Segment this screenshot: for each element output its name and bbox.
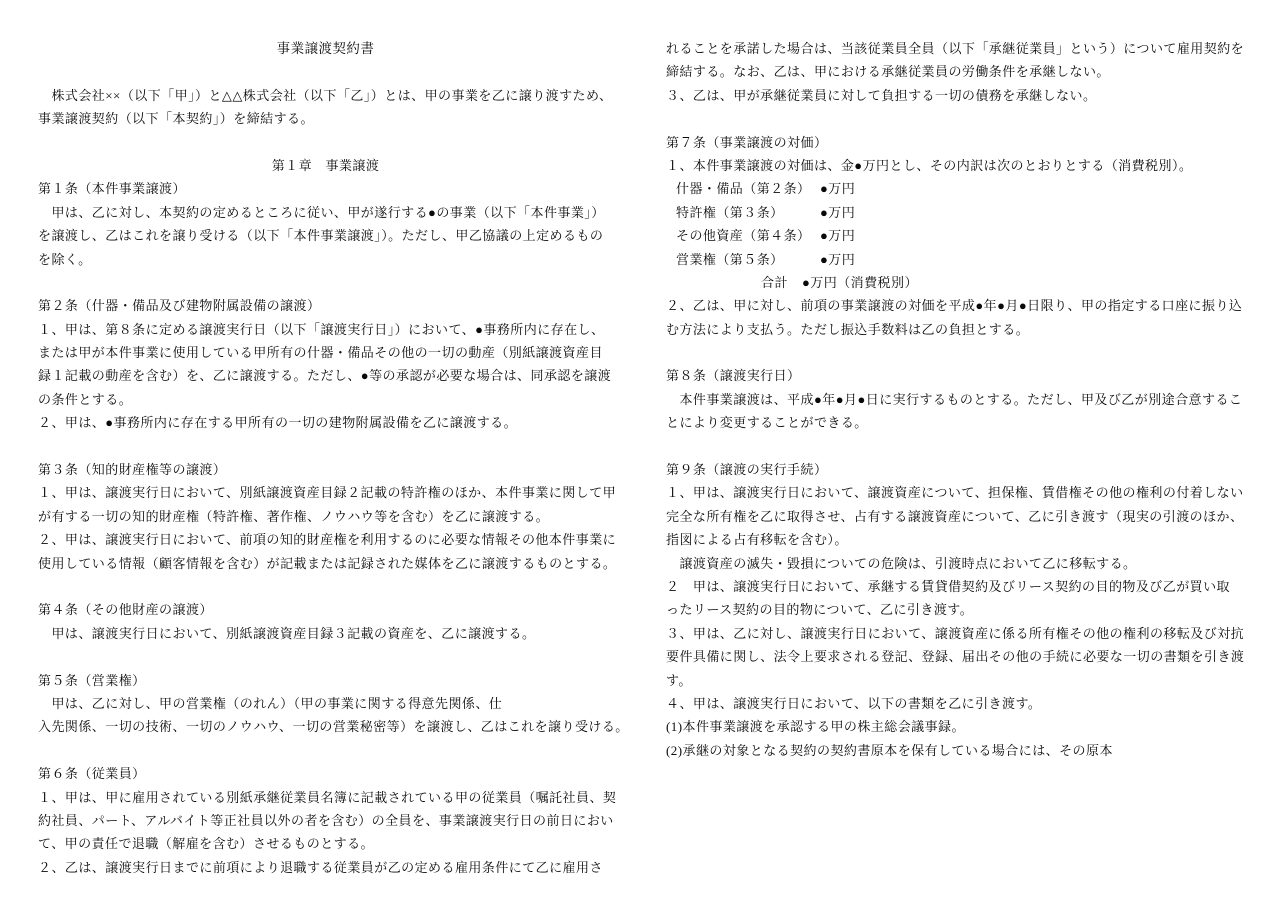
paragraph-line: 譲渡資産の滅失・毀損についての危険は、引渡時点において乙に移転する。 [666,552,1254,575]
blank-line [38,271,613,294]
paragraph-line: れることを承諾した場合は、当該従業員全員（以下「承継従業員」という）について雇用… [666,37,1254,60]
document-title: 事業譲渡契約書 [38,37,613,60]
paragraph-line: ２、甲は、●事務所内に存在する甲所有の一切の建物附属設備を乙に譲渡する。 [38,411,613,434]
paragraph-line: １、甲は、第８条に定める譲渡実行日（以下「譲渡実行日」）において、●事務所内に存… [38,318,613,341]
article-heading: 第１条（本件事業譲渡） [38,177,613,200]
blank-line [38,60,613,83]
blank-line [666,341,1254,364]
blank-line [38,435,613,458]
paragraph-line: 甲は、乙に対し、甲の営業権（のれん）（甲の事業に関する得意先関係、仕 [38,692,613,715]
price-item-value: ●万円 [820,181,855,196]
article-heading: 第９条（譲渡の実行手続） [666,458,1254,481]
paragraph-line: １、甲は、譲渡実行日において、別紙譲渡資産目録２記載の特許権のほか、本件事業に関… [38,481,613,504]
paragraph-line: １、甲は、譲渡実行日において、譲渡資産について、担保権、賃借権その他の権利の付着… [666,481,1254,504]
paragraph-line: １、本件事業譲渡の対価は、金●万円とし、その内訳は次のとおりとする（消費税別）。 [666,154,1254,177]
paragraph-line: ２、乙は、譲渡実行日までに前項により退職する従業員が乙の定める雇用条件にて乙に雇… [38,856,613,879]
article-heading: 第５条（営業権） [38,669,613,692]
price-item-label: その他資産（第４条） [676,224,820,247]
paragraph-line: または甲が本件事業に使用している甲所有の什器・備品その他の一切の動産（別紙譲渡資… [38,341,613,364]
paragraph-line: 要件具備に関し、法令上要求される登記、登録、届出その他の手続に必要な一切の書類を… [666,645,1254,668]
price-item-row: その他資産（第４条）●万円 [666,224,1254,247]
price-item-label: 什器・備品（第２条） [676,177,820,200]
paragraph-line: て、甲の責任で退職（解雇を含む）させるものとする。 [38,832,613,855]
chapter-heading: 第１章 事業譲渡 [38,154,613,177]
paragraph-line: 録１記載の動産を含む）を、乙に譲渡する。ただし、●等の承認が必要な場合は、同承認… [38,364,613,387]
paragraph-line: 甲は、譲渡実行日において、別紙譲渡資産目録３記載の資産を、乙に譲渡する。 [38,622,613,645]
paragraph-line: 入先関係、一切の技術、一切のノウハウ、一切の営業秘密等）を譲渡し、乙はこれを譲り… [38,715,613,738]
paragraph-line: ３、甲は、乙に対し、譲渡実行日において、譲渡資産に係る所有権その他の権利の移転及… [666,622,1254,645]
price-item-value: ●万円 [820,205,855,220]
article-heading: 第２条（什器・備品及び建物附属設備の譲渡） [38,294,613,317]
paragraph-line: ４、甲は、譲渡実行日において、以下の書類を乙に引き渡す。 [666,692,1254,715]
paragraph-line: ２、乙は、甲に対し、前項の事業譲渡の対価を平成●年●月●日限り、甲の指定する口座… [666,294,1254,317]
paragraph-line: 本件事業譲渡は、平成●年●月●日に実行するものとする。ただし、甲及び乙が別途合意… [666,388,1254,411]
paragraph-line: が有する一切の知的財産権（特許権、著作権、ノウハウ等を含む）を乙に譲渡する。 [38,505,613,528]
article-heading: 第６条（従業員） [38,762,613,785]
contract-document-page: 事業譲渡契約書 株式会社××（以下「甲」）と△△株式会社（以下「乙」）とは、甲の… [0,0,1280,905]
price-item-row: 什器・備品（第２条）●万円 [666,177,1254,200]
left-column: 事業譲渡契約書 株式会社××（以下「甲」）と△△株式会社（以下「乙」）とは、甲の… [38,37,613,879]
price-total-value: ●万円（消費税別） [802,275,918,290]
article-heading: 第７条（事業譲渡の対価） [666,131,1254,154]
paragraph-line: を譲渡し、乙はこれを譲り受ける（以下「本件事業譲渡」）。ただし、甲乙協議の上定め… [38,224,613,247]
paragraph-line: ２ 甲は、譲渡実行日において、承継する賃貸借契約及びリース契約の目的物及び乙が買… [666,575,1254,598]
paragraph-line: ２、甲は、譲渡実行日において、前項の知的財産権を利用するのに必要な情報その他本件… [38,528,613,551]
paragraph-line: 締結する。なお、乙は、甲における承継従業員の労働条件を承継しない。 [666,60,1254,83]
price-total-label: 合計 [761,271,802,294]
paragraph-line: の条件とする。 [38,388,613,411]
price-item-label: 特許権（第３条） [676,201,820,224]
paragraph-line: 甲は、乙に対し、本契約の定めるところに従い、甲が遂行する●の事業（以下「本件事業… [38,201,613,224]
article-heading: 第３条（知的財産権等の譲渡） [38,458,613,481]
article-heading: 第８条（譲渡実行日） [666,364,1254,387]
price-item-value: ●万円 [820,252,855,267]
blank-line [38,131,613,154]
blank-line [38,739,613,762]
price-total-row: 合計●万円（消費税別） [666,271,1254,294]
price-item-value: ●万円 [820,228,855,243]
price-item-label: 営業権（第５条） [676,248,820,271]
paragraph-line: 約社員、パート、アルバイト等正社員以外の者を含む）の全員を、事業譲渡実行日の前日… [38,809,613,832]
paragraph-line: 株式会社××（以下「甲」）と△△株式会社（以下「乙」）とは、甲の事業を乙に譲り渡… [38,84,613,107]
right-column: れることを承諾した場合は、当該従業員全員（以下「承継従業員」という）について雇用… [666,37,1254,762]
paragraph-line: ３、乙は、甲が承継従業員に対して負担する一切の債務を承継しない。 [666,84,1254,107]
paragraph-line: (1)本件事業譲渡を承認する甲の株主総会議事録。 [666,715,1254,738]
article-heading: 第４条（その他財産の譲渡） [38,598,613,621]
paragraph-line: 完全な所有権を乙に取得させ、占有する譲渡資産について、乙に引き渡す（現実の引渡の… [666,505,1254,528]
paragraph-line: す。 [666,669,1254,692]
blank-line [666,435,1254,458]
paragraph-line: 指図による占有移転を含む）。 [666,528,1254,551]
paragraph-line: ったリース契約の目的物について、乙に引き渡す。 [666,598,1254,621]
paragraph-line: を除く。 [38,248,613,271]
blank-line [38,645,613,668]
blank-line [38,575,613,598]
paragraph-line: 使用している情報（顧客情報を含む）が記載または記録された媒体を乙に譲渡するものと… [38,552,613,575]
paragraph-line: む方法により支払う。ただし振込手数料は乙の負担とする。 [666,318,1254,341]
paragraph-line: (2)承継の対象となる契約の契約書原本を保有している場合には、その原本 [666,739,1254,762]
paragraph-line: 事業譲渡契約（以下「本契約」）を締結する。 [38,107,613,130]
price-item-row: 特許権（第３条）●万円 [666,201,1254,224]
price-item-row: 営業権（第５条）●万円 [666,248,1254,271]
paragraph-line: とにより変更することができる。 [666,411,1254,434]
paragraph-line: １、甲は、甲に雇用されている別紙承継従業員名簿に記載されている甲の従業員（嘱託社… [38,786,613,809]
blank-line [666,107,1254,130]
